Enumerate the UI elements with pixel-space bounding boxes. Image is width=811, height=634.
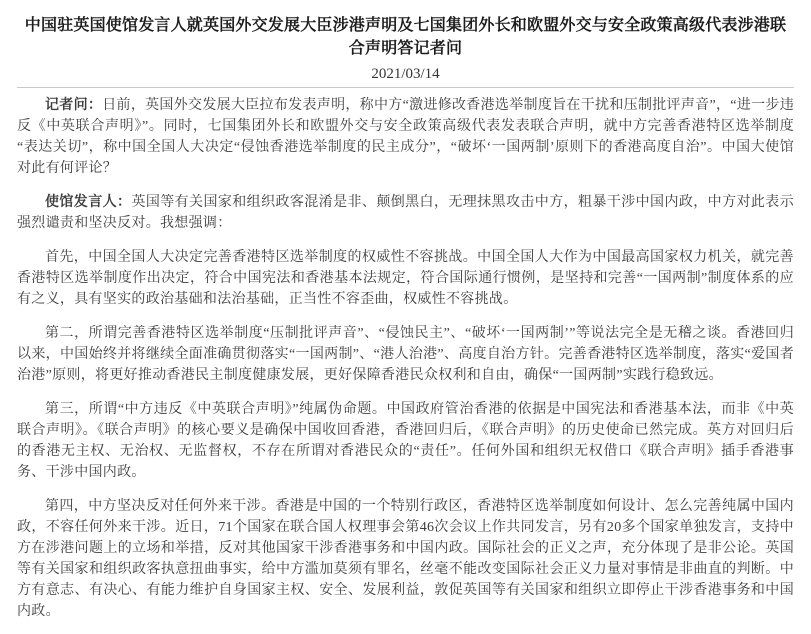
paragraph-point-first: 首先，中国全国人大决定完善香港特区选举制度的权威性不容挑战。中国全国人大作为中国…	[17, 247, 794, 310]
paragraph-text: 第二，所谓完善香港特区选举制度“压制批评声音”、“侵蚀民主”、“破坏‘一国两制’…	[17, 326, 794, 383]
paragraph-text: 第三，所谓“中方违反《中英联合声明》”纯属伪命题。中国政府管治香港的依据是中国宪…	[17, 402, 794, 480]
paragraph-text: 首先，中国全国人大决定完善香港特区选举制度的权威性不容挑战。中国全国人大作为中国…	[17, 250, 794, 307]
paragraph-text: 第四，中方坚决反对任何外来干涉。香港是中国的一个特别行政区，香港特区选举制度如何…	[17, 499, 794, 619]
paragraph-point-third: 第三，所谓“中方违反《中英联合声明》”纯属伪命题。中国政府管治香港的依据是中国宪…	[17, 399, 794, 483]
paragraph-text: 英国等有关国家和组织政客混淆是非、颠倒黑白，无理抹黑攻击中方，粗暴干涉中国内政，…	[17, 195, 794, 231]
document-page: 中国驻英国使馆发言人就英国外交发展大臣涉港声明及七国集团外长和欧盟外交与安全政策…	[0, 0, 811, 634]
paragraph-text: 日前，英国外交发展大臣拉布发表声明，称中方“激进修改香港选举制度旨在干扰和压制批…	[17, 98, 794, 176]
paragraph-point-fourth: 第四，中方坚决反对任何外来干涉。香港是中国的一个特别行政区，香港特区选举制度如何…	[17, 496, 794, 622]
page-title: 中国驻英国使馆发言人就英国外交发展大臣涉港声明及七国集团外长和欧盟外交与安全政策…	[17, 14, 794, 60]
paragraph-point-second: 第二，所谓完善香港特区选举制度“压制批评声音”、“侵蚀民主”、“破坏‘一国两制’…	[17, 323, 794, 386]
paragraph-spokesperson-answer: 使馆发言人：英国等有关国家和组织政客混淆是非、颠倒黑白，无理抹黑攻击中方，粗暴干…	[17, 192, 794, 234]
header-divider	[17, 87, 794, 88]
spokesperson-label: 使馆发言人：	[45, 195, 131, 210]
article-body: 记者问：日前，英国外交发展大臣拉布发表声明，称中方“激进修改香港选举制度旨在干扰…	[17, 95, 794, 622]
paragraph-reporter-question: 记者问：日前，英国外交发展大臣拉布发表声明，称中方“激进修改香港选举制度旨在干扰…	[17, 95, 794, 179]
reporter-label: 记者问：	[45, 98, 102, 113]
publish-date: 2021/03/14	[17, 66, 794, 83]
